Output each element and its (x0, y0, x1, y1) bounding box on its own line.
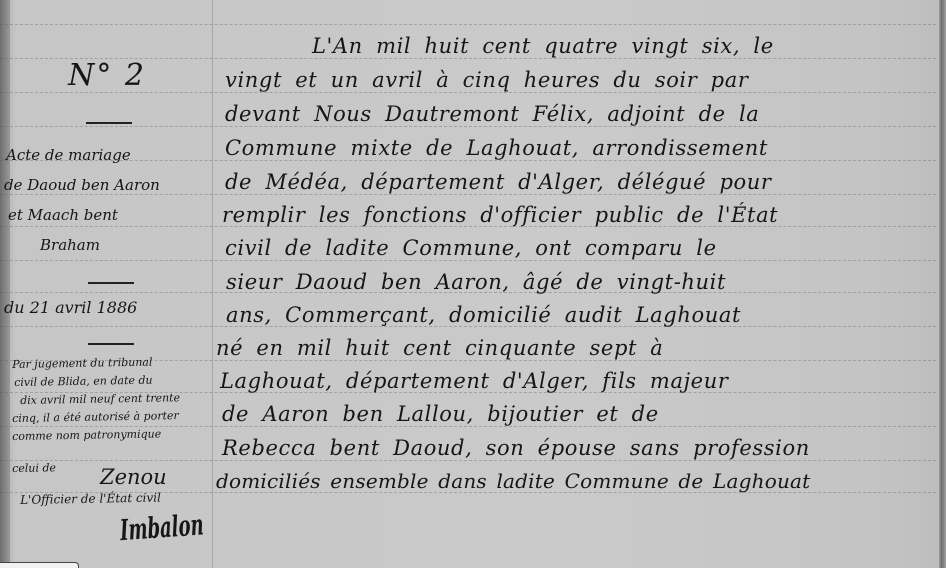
separator-dash (88, 282, 134, 284)
record-line: civil de ladite Commune, ont comparu le (225, 236, 939, 260)
annotation-surname: Zenou (100, 465, 167, 489)
record-line: vingt et un avril à cinq heures du soir … (225, 68, 939, 92)
separator-dash (88, 343, 134, 345)
record-line: sieur Daoud ben Aaron, âgé de vingt-huit (226, 270, 940, 294)
record-line: devant Nous Dautremont Félix, adjoint de… (225, 102, 939, 126)
annotation-line: comme nom patronymique (12, 425, 212, 445)
viewer-tab-edge (0, 562, 79, 568)
margin-title-line: Braham (40, 236, 246, 254)
margin-date: du 21 avril 1886 (4, 298, 210, 317)
annotation-line: cinq, il a été autorisé à porter (12, 407, 212, 427)
record-line: de Médéa, département d'Alger, délégué p… (225, 170, 939, 194)
officer-signature: Imbalon (119, 509, 205, 548)
annotation-line: Par jugement du tribunal (12, 353, 212, 373)
record-line: L'An mil huit cent quatre vingt six, le (312, 34, 932, 58)
margin-title-line: Acte de mariage (6, 146, 212, 164)
acte-number: N° 2 (52, 58, 162, 93)
record-line: Commune mixte de Laghouat, arrondissemen… (225, 136, 939, 160)
document-page: N° 2 Acte de mariage de Daoud ben Aaron … (0, 0, 946, 568)
record-line: remplir les fonctions d'officier public … (222, 203, 936, 227)
record-line: Laghouat, département d'Alger, fils maje… (220, 369, 934, 393)
record-line: né en mil huit cent cinquante sept à (216, 336, 930, 360)
margin-column: N° 2 Acte de mariage de Daoud ben Aaron … (0, 0, 212, 568)
page-edge (939, 0, 946, 568)
separator-dash (86, 122, 132, 124)
margin-title-line: et Maach bent (8, 206, 214, 224)
record-line: ans, Commerçant, domicilié audit Laghoua… (226, 303, 940, 327)
margin-title-line: de Daoud ben Aaron (4, 176, 210, 194)
annotation-line: civil de Blida, en date du (14, 371, 214, 391)
officer-label: L'Officier de l'État civil (20, 489, 220, 509)
record-line: Rebecca bent Daoud, son épouse sans prof… (222, 436, 936, 460)
record-line: domiciliés ensemble dans ladite Commune … (216, 469, 930, 493)
margin-rule (212, 0, 213, 568)
record-line: de Aaron ben Lallou, bijoutier et de (222, 402, 936, 426)
